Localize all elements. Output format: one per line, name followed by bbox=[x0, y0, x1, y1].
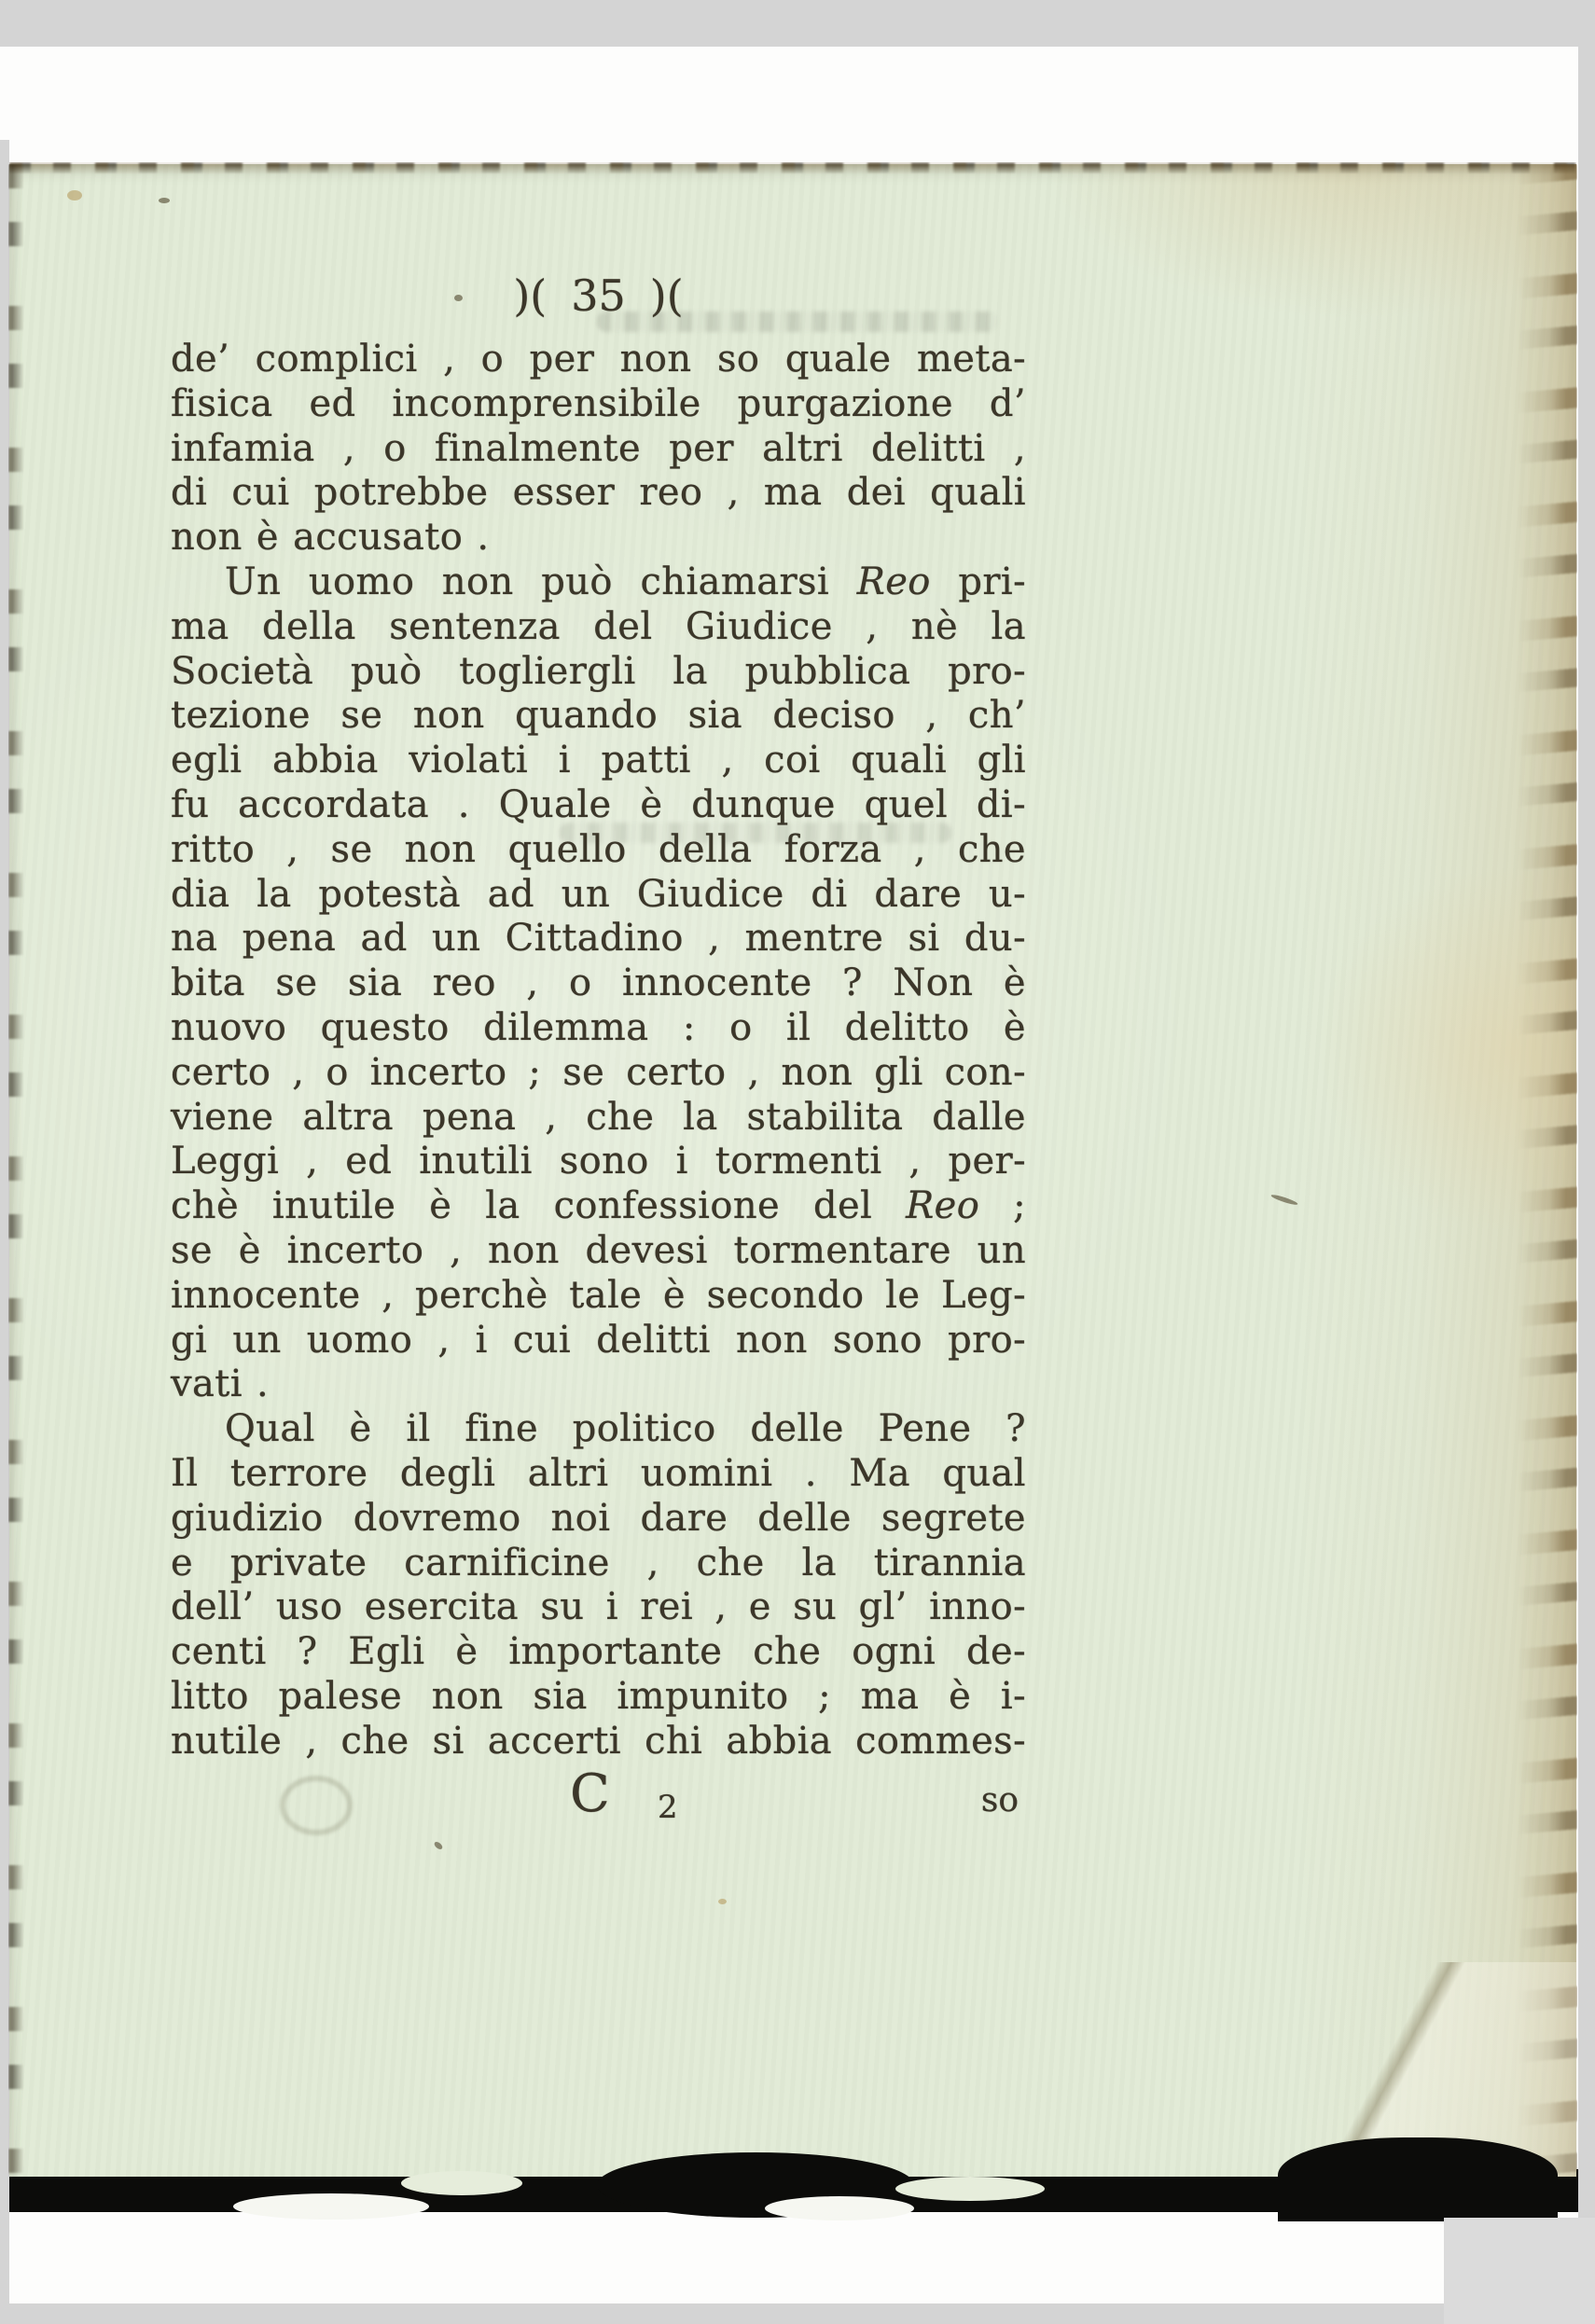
signature-line: C 2 so bbox=[171, 1768, 1026, 1828]
paper-speck bbox=[433, 1840, 444, 1850]
text-line: Leggi , ed inutili sono i tormenti , per… bbox=[171, 1140, 1026, 1184]
page-bottom-bump bbox=[895, 2177, 1045, 2201]
text-line: Il terrore degli altri uomini . Ma qual bbox=[171, 1452, 1026, 1497]
page-number: 35 bbox=[571, 270, 626, 321]
text-line: dia la potestà ad un Giudice di dare u- bbox=[171, 873, 1026, 918]
text-line: se è incerto , non devesi tormentare un bbox=[171, 1229, 1026, 1274]
catchword: so bbox=[981, 1781, 1019, 1819]
scan-white-nick bbox=[233, 2193, 429, 2220]
scan-background: )( 35 )( de’ complici , o per non so qua… bbox=[0, 0, 1595, 2324]
text-line: litto palese non sia impunito ; ma è i- bbox=[171, 1675, 1026, 1720]
text-line: ma della sentenza del Giudice , nè la bbox=[171, 605, 1026, 650]
page-top-ragged-edge bbox=[9, 162, 1576, 174]
book-page: )( 35 )( de’ complici , o per non so qua… bbox=[9, 164, 1576, 2177]
text-line: giudizio dovremo noi dare delle segrete bbox=[171, 1497, 1026, 1542]
text-line: na pena ad un Cittadino , mentre si du- bbox=[171, 917, 1026, 961]
text-line: non è accusato . bbox=[171, 516, 1026, 560]
header-ornament-right: )( bbox=[650, 270, 684, 321]
text-line: Un uomo non può chiamarsi Reo pri- bbox=[171, 560, 1026, 605]
text-line: nutile , che si accerti chi abbia commes… bbox=[171, 1720, 1026, 1764]
paper-speck bbox=[67, 190, 82, 201]
text-line: viene altra pena , che la stabilita dall… bbox=[171, 1096, 1026, 1141]
text-line: egli abbia violati i patti , coi quali g… bbox=[171, 739, 1026, 783]
scanner-gray-bottom-right bbox=[1444, 2218, 1595, 2324]
paper-speck bbox=[159, 198, 170, 203]
page-right-deckle-edge bbox=[1518, 164, 1577, 2177]
text-line: fu accordata . Quale è dunque quel di- bbox=[171, 783, 1026, 828]
header-ornament-left: )( bbox=[513, 270, 547, 321]
page-header: )( 35 )( bbox=[171, 270, 1026, 323]
page-bottom-bump bbox=[401, 2171, 522, 2195]
paper-speck bbox=[1270, 1193, 1298, 1206]
signature-number: 2 bbox=[658, 1789, 678, 1826]
text-line: nuovo questo dilemma : o il delitto è bbox=[171, 1006, 1026, 1051]
page-left-binding-marks bbox=[8, 164, 27, 2177]
text-line: vati . bbox=[171, 1363, 1026, 1407]
text-line: innocente , perchè tale è secondo le Leg… bbox=[171, 1274, 1026, 1319]
body-text: de’ complici , o per non so quale meta-f… bbox=[171, 338, 1026, 1764]
text-line: certo , o incerto ; se certo , non gli c… bbox=[171, 1051, 1026, 1096]
signature-letter: C bbox=[570, 1768, 610, 1820]
text-line: tezione se non quando sia deciso , ch’ bbox=[171, 694, 1026, 739]
text-line: dell’ uso esercita su i rei , e su gl’ i… bbox=[171, 1585, 1026, 1630]
text-line: Società può togliergli la pubblica pro- bbox=[171, 650, 1026, 695]
text-line: de’ complici , o per non so quale meta- bbox=[171, 338, 1026, 382]
paper-speck bbox=[718, 1899, 727, 1904]
text-line: fisica ed incomprensibile purgazione d’ bbox=[171, 382, 1026, 427]
text-line: di cui potrebbe esser reo , ma dei quali bbox=[171, 471, 1026, 516]
text-line: gi un uomo , i cui delitti non sono pro- bbox=[171, 1319, 1026, 1363]
text-line: centi ? Egli è importante che ogni de- bbox=[171, 1630, 1026, 1675]
text-line: bita se sia reo , o innocente ? Non è bbox=[171, 961, 1026, 1006]
scan-black-blob bbox=[1278, 2137, 1558, 2221]
text-line: infamia , o finalmente per altri delitti… bbox=[171, 427, 1026, 472]
text-line: ritto , se non quello della forza , che bbox=[171, 828, 1026, 873]
text-line: e private carnificine , che la tirannia bbox=[171, 1542, 1026, 1586]
scan-white-nick bbox=[765, 2196, 914, 2220]
text-line: Qual è il fine politico delle Pene ? bbox=[171, 1407, 1026, 1452]
text-line: chè inutile è la confessione del Reo ; bbox=[171, 1184, 1026, 1229]
